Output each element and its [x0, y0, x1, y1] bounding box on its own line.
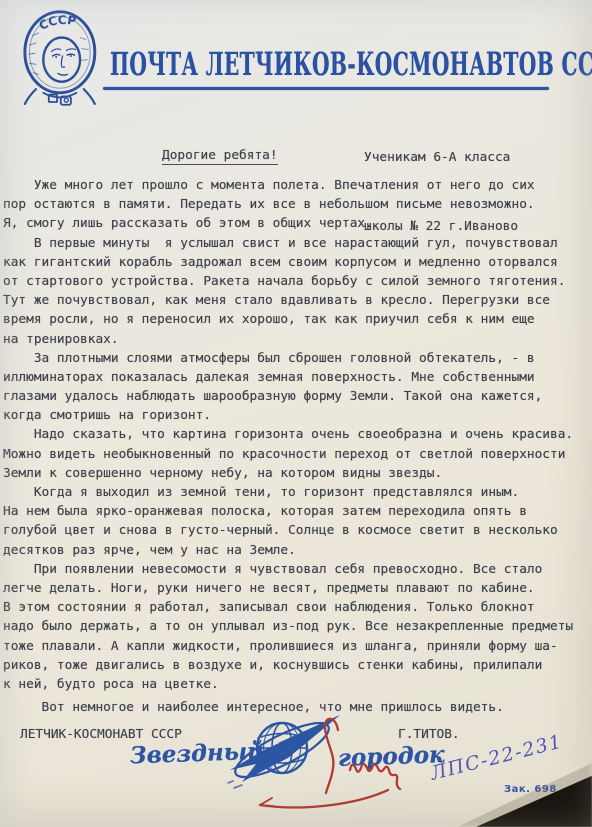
recipient-line: Ученикам 6-А класса — [364, 146, 518, 169]
body-line: За плотными слоями атмосферы был сброшен… — [3, 349, 589, 368]
body-line: как гигантский корабль задрожал всем сво… — [3, 253, 589, 272]
autograph-signature — [238, 708, 408, 816]
letterhead-rule — [103, 87, 549, 90]
letterhead-title: ПОЧТА ЛЕТЧИКОВ-КОСМОНАВТОВ СССР — [110, 47, 592, 81]
body-line: глазами удалось наблюдать шарообразную ф… — [3, 387, 589, 406]
body-line: десятков раз ярче, чем у нас на Земле. — [3, 541, 589, 560]
body-line: пор остаются в памяти. Передать их все в… — [3, 195, 589, 214]
body-line: тоже плавали. А капли жидкости, проливши… — [3, 637, 589, 656]
body-line: Я, смогу лишь рассказать об этом в общих… — [3, 214, 589, 233]
salutation: Дорогие ребята! — [162, 148, 278, 165]
body-line: При появлении невесомости я чувствовал с… — [3, 560, 589, 579]
body-line: В этом состоянии я работал, записывал св… — [3, 598, 589, 617]
body-line: на тренировках. — [3, 330, 589, 349]
body-line: надо было держать, а то он уплывал из-по… — [3, 617, 589, 636]
body-line: Земли к совершенно черному небу, на кото… — [3, 464, 589, 483]
body-line: Уже много лет прошло с момента полета. В… — [3, 176, 589, 195]
body-line: к ней, будто роса на цветке. — [3, 675, 589, 694]
cosmonaut-emblem-icon: СССР — [12, 5, 104, 107]
body-line: легче делать. Ноги, руки ничего не весят… — [3, 579, 589, 598]
body-line: от стартового устройства. Ракета начала … — [3, 272, 589, 291]
body-line: В первые минуты я услышал свист и все на… — [3, 234, 589, 253]
body-line: Можно видеть необыкновенный по красочнос… — [3, 445, 589, 464]
signature-role: ЛЕТЧИК-КОСМОНАВТ СССР — [20, 727, 182, 742]
body-line: На нем была ярко-оранжевая полоска, кото… — [3, 502, 589, 521]
body-line: голубой цвет и снова в густо-черный. Сол… — [3, 521, 589, 540]
body-line: когда смотришь на горизонт. — [3, 406, 589, 425]
body-line: Когда я выходил из земной тени, то гориз… — [3, 483, 589, 502]
body-line: Тут же почувствовал, как меня стало вдав… — [3, 291, 589, 310]
letter-body: Уже много лет прошло с момента полета. В… — [3, 176, 589, 694]
body-line: риков, тоже двигались в воздухе и, косну… — [3, 656, 589, 675]
body-line: Надо сказать, что картина горизонта очен… — [3, 425, 589, 444]
body-line: иллюминаторах показалась далекая земная … — [3, 368, 589, 387]
body-line: время росли, но я переносил их хорошо, т… — [3, 310, 589, 329]
scanned-letter-page: СССР ПОЧТА ЛЕТЧИКОВ-КОСМОНАВТОВ СССР Уче… — [0, 0, 592, 827]
